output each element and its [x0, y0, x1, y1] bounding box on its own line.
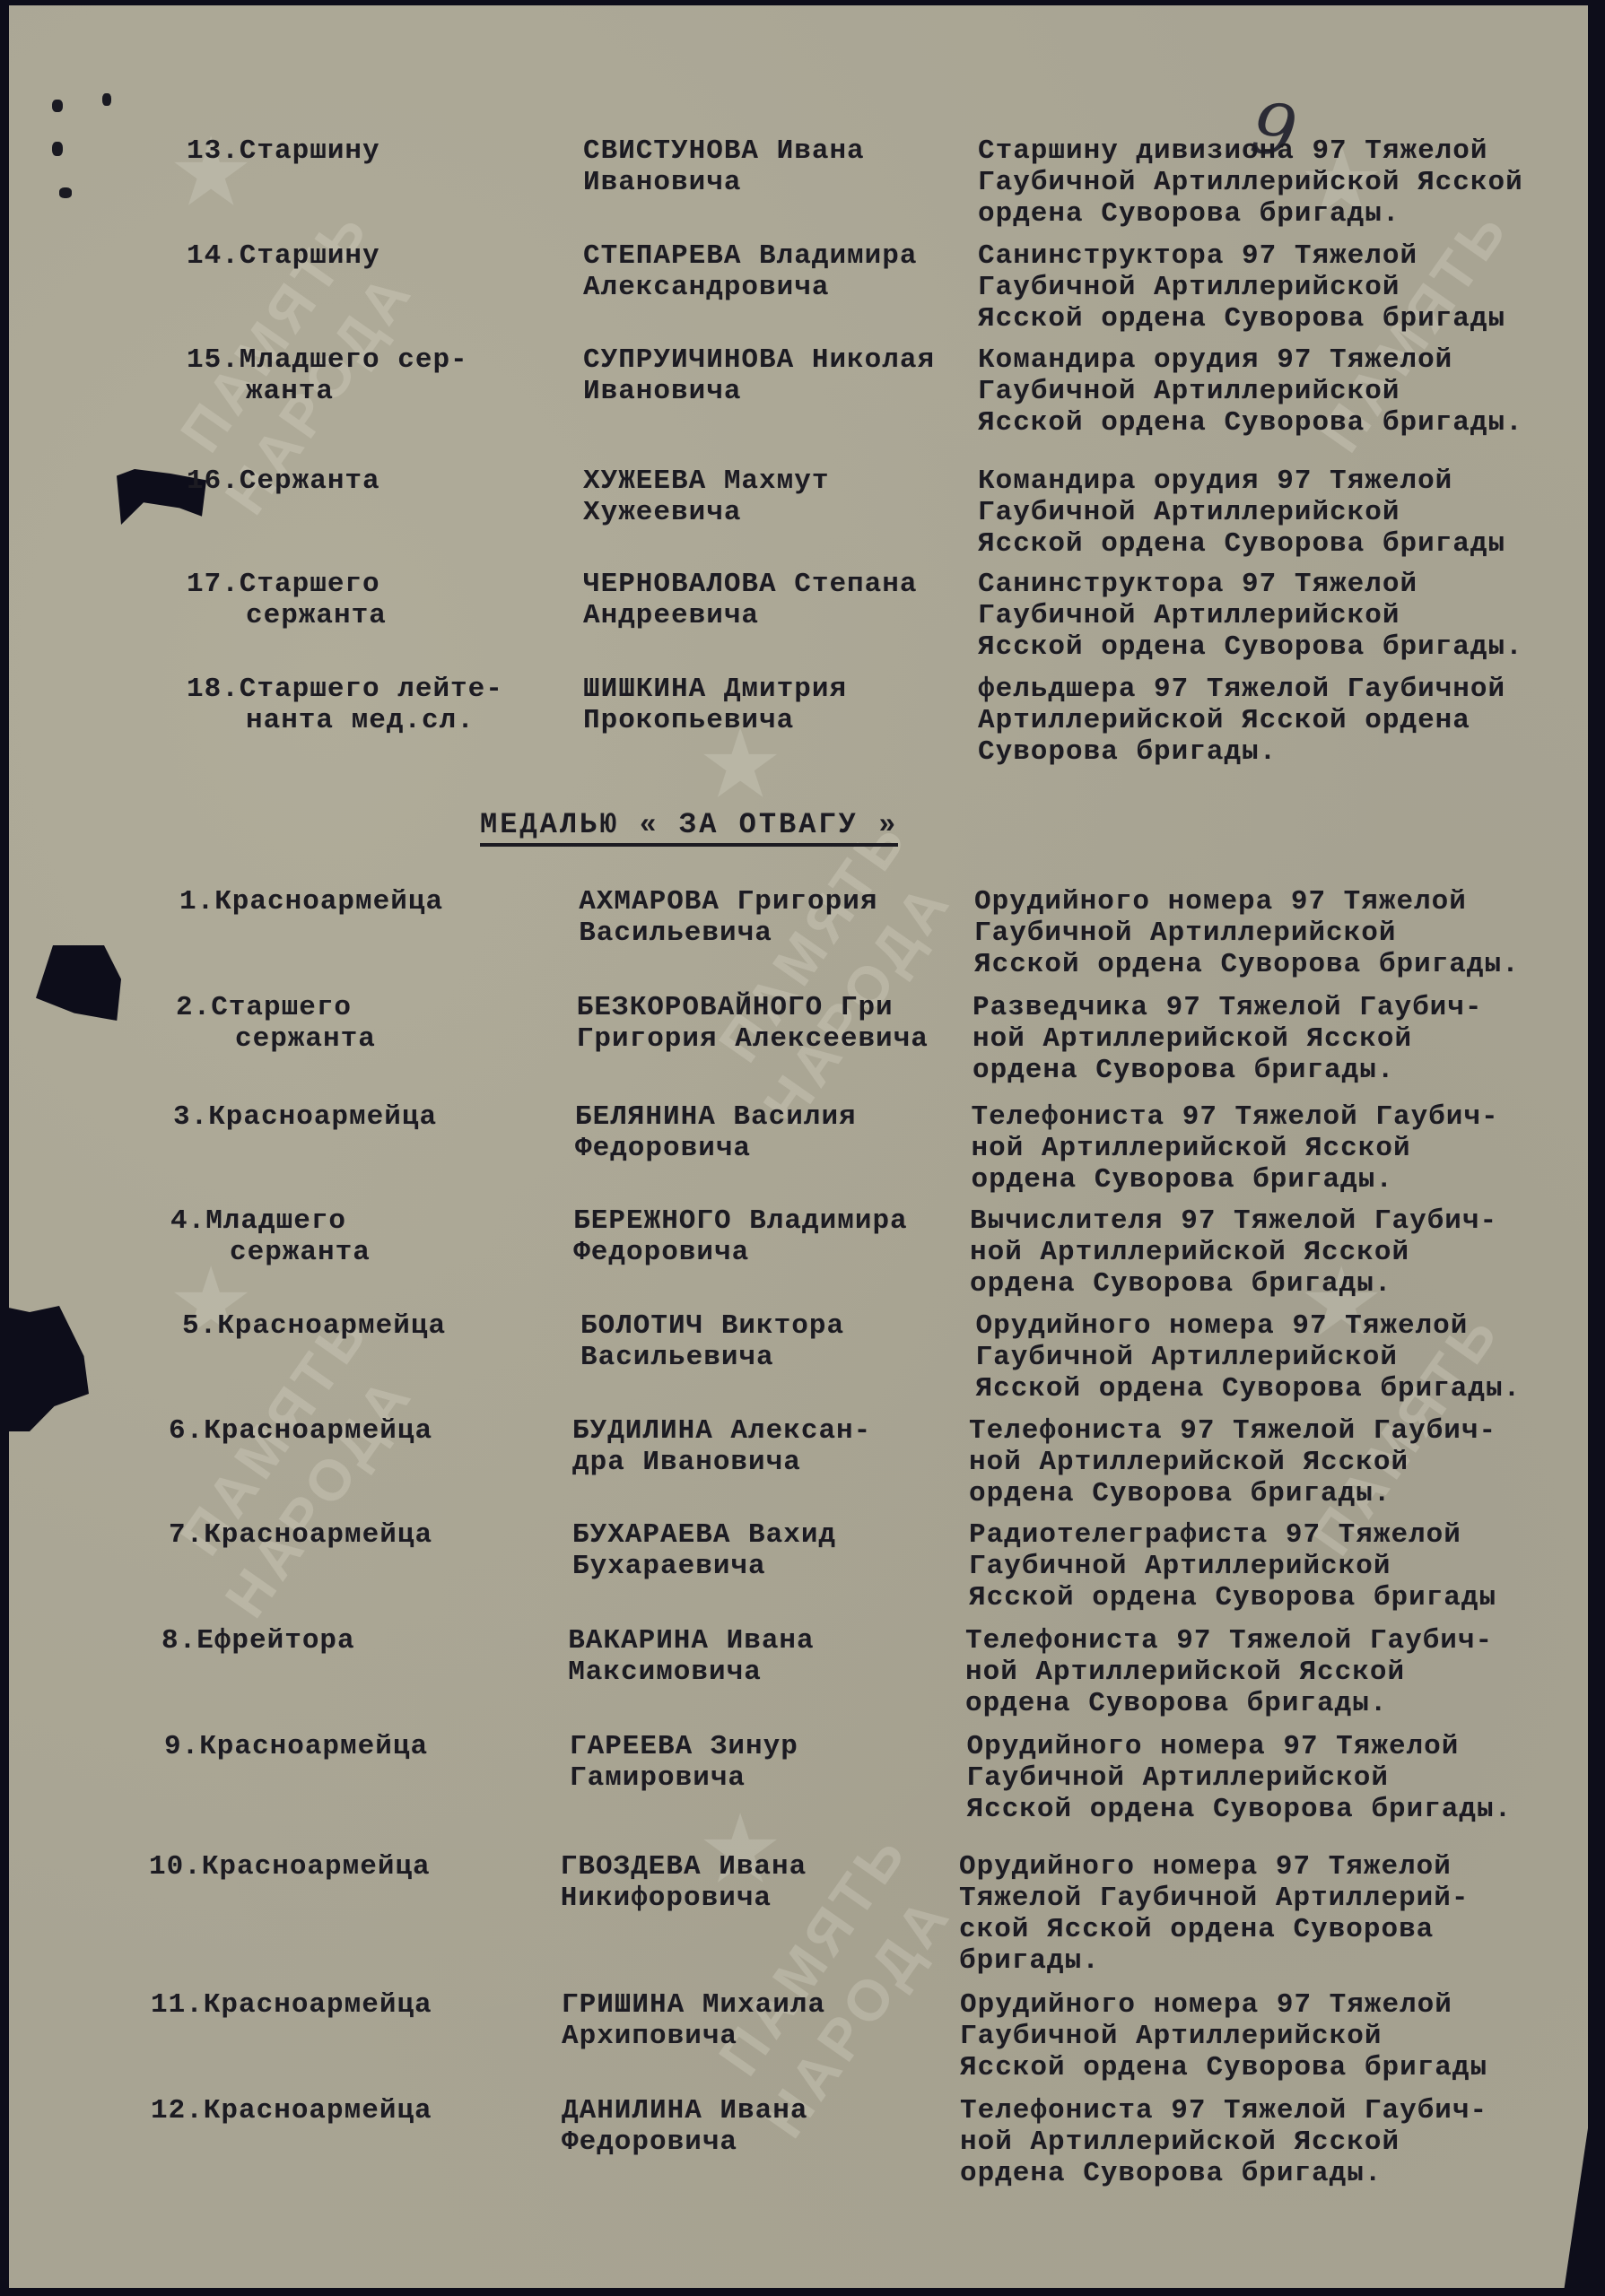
rank: 16.Сержанта — [187, 465, 563, 497]
awardee-name-line: Прокопьевича — [583, 705, 978, 736]
rank-line: нанта мед.сл. — [187, 705, 563, 736]
awardee-name: ГАРЕЕВА ЗинурГамировича — [570, 1731, 964, 1794]
awardee-name: ЧЕРНОВАЛОВА СтепанаАндреевича — [583, 569, 978, 631]
paper-tear — [0, 1306, 99, 1431]
award-description: Орудийного номера 97 ТяжелойГаубичной Ар… — [974, 886, 1593, 980]
award-description-line: ной Артиллерийской Ясской — [972, 1133, 1591, 1164]
awardee-name-line: Хужеевича — [583, 497, 978, 528]
awardee-name-line: Андреевича — [583, 600, 978, 631]
award-description-line: Телефониста 97 Тяжелой Гаубич- — [969, 1415, 1588, 1447]
rank: 8.Ефрейтора — [161, 1625, 538, 1657]
award-description: Радиотелеграфиста 97 ТяжелойГаубичной Ар… — [969, 1519, 1588, 1613]
award-description-line: Радиотелеграфиста 97 Тяжелой — [969, 1519, 1588, 1551]
award-description-line: Санинструктора 97 Тяжелой — [978, 569, 1597, 600]
awardee-name: БУХАРАЕВА ВахидБухараевича — [572, 1519, 967, 1582]
rank-line: 4.Младшего — [170, 1205, 547, 1237]
awardee-name: АХМАРОВА ГригорияВасильевича — [579, 886, 973, 949]
award-description-line: ордена Суворова бригады. — [970, 1268, 1589, 1300]
rank: 10.Красноармейца — [149, 1851, 526, 1883]
award-description-line: ской Ясской ордена Суворова — [959, 1914, 1578, 1945]
rank-line: 10.Красноармейца — [149, 1851, 526, 1883]
award-description-line: Гаубичной Артиллерийской — [976, 1342, 1595, 1373]
award-description-line: Старшину дивизиона 97 Тяжелой — [978, 135, 1597, 167]
award-description-line: Гаубичной Артиллерийской — [974, 918, 1593, 949]
award-description-line: Вычислителя 97 Тяжелой Гаубич- — [970, 1205, 1589, 1237]
awardee-name-line: Федоровича — [575, 1133, 970, 1164]
award-description-line: Санинструктора 97 Тяжелой — [978, 240, 1597, 272]
awardee-name-line: Александровича — [583, 272, 978, 303]
award-description-line: Гаубичной Артиллерийской Ясской — [978, 167, 1597, 198]
award-description-line: Гаубичной Артиллерийской — [978, 272, 1597, 303]
awardee-name: БЕРЕЖНОГО ВладимираФедоровича — [573, 1205, 968, 1268]
rank: 6.Красноармейца — [169, 1415, 545, 1447]
rank: 18.Старшего лейте-нанта мед.сл. — [187, 674, 563, 736]
award-description: фельдшера 97 Тяжелой ГаубичнойАртиллерий… — [978, 674, 1597, 768]
awardee-name-line: БЕРЕЖНОГО Владимира — [573, 1205, 968, 1237]
award-description: Санинструктора 97 ТяжелойГаубичной Артил… — [978, 240, 1597, 335]
award-description-line: ордена Суворова бригады. — [965, 1688, 1584, 1719]
award-description-line: ордена Суворова бригады. — [969, 1478, 1588, 1509]
award-description: Командира орудия 97 ТяжелойГаубичной Арт… — [978, 344, 1597, 439]
award-description: Телефониста 97 Тяжелой Гаубич-ной Артилл… — [960, 2095, 1579, 2189]
rank: 7.Красноармейца — [169, 1519, 545, 1551]
awardee-name-line: ГРИШИНА Михаила — [562, 1989, 956, 2021]
rank-line: 5.Красноармейца — [182, 1310, 559, 1342]
rank-line: 14.Старшину — [187, 240, 563, 272]
rank: 12.Красноармейца — [151, 2095, 528, 2126]
awardee-name: БОЛОТИЧ ВиктораВасильевича — [580, 1310, 975, 1373]
awardee-name-line: Васильевича — [579, 918, 973, 949]
punch-hole — [59, 187, 72, 198]
awardee-name: БЕЗКОРОВАЙНОГО ГриГригория Алексеевича — [577, 992, 972, 1055]
awardee-name-line: СТЕПАРЕВА Владимира — [583, 240, 978, 272]
awardee-name-line: Федоровича — [573, 1237, 968, 1268]
award-description-line: ной Артиллерийской Ясской — [970, 1237, 1589, 1268]
punch-hole — [52, 142, 63, 156]
awardee-name-line: ХУЖЕЕВА Махмут — [583, 465, 978, 497]
rank: 15.Младшего сер-жанта — [187, 344, 563, 407]
award-description-line: Суворова бригады. — [978, 736, 1597, 768]
award-description-line: Артиллерийской Ясской ордена — [978, 705, 1597, 736]
award-description-line: Гаубичной Артиллерийской — [978, 376, 1597, 407]
watermark: НАРОДА — [215, 1365, 423, 1626]
award-description: Телефониста 97 Тяжелой Гаубич-ной Артилл… — [972, 1101, 1591, 1196]
award-description: Орудийного номера 97 ТяжелойГаубичной Ар… — [976, 1310, 1595, 1405]
awardee-name-line: БОЛОТИЧ Виктора — [580, 1310, 975, 1342]
award-description-line: Ясской ордена Суворова бригады — [960, 2052, 1579, 2083]
awardee-name-line: ГАРЕЕВА Зинур — [570, 1731, 964, 1762]
rank: 13.Старшину — [187, 135, 563, 167]
award-description-line: Ясской ордена Суворова бригады. — [978, 407, 1597, 439]
document-page: ПАМЯТЬ НАРОДА ПАМЯТЬ НАРОДА ПАМЯТЬ НАРОД… — [9, 5, 1588, 2288]
rank-line: сержанта — [170, 1237, 547, 1268]
awardee-name-line: АХМАРОВА Григория — [579, 886, 973, 918]
punch-hole — [102, 93, 111, 106]
award-description-line: Гаубичной Артиллерийской — [967, 1762, 1586, 1794]
section-heading: МЕДАЛЬЮ « ЗА ОТВАГУ » — [480, 808, 898, 847]
award-description-line: Орудийного номера 97 Тяжелой — [967, 1731, 1586, 1762]
rank-line: 13.Старшину — [187, 135, 563, 167]
rank: 5.Красноармейца — [182, 1310, 559, 1342]
award-description-line: Ясской ордена Суворова бригады. — [967, 1794, 1586, 1825]
rank-line: 9.Красноармейца — [164, 1731, 541, 1762]
award-description: Командира орудия 97 ТяжелойГаубичной Арт… — [978, 465, 1597, 560]
award-description-line: ной Артиллерийской Ясской — [965, 1657, 1584, 1688]
rank: 17.Старшегосержанта — [187, 569, 563, 631]
award-description-line: Тяжелой Гаубичной Артиллерий- — [959, 1883, 1578, 1914]
award-description-line: Ясской ордена Суворова бригады — [969, 1582, 1588, 1613]
awardee-name-line: Ивановича — [583, 376, 978, 407]
award-description-line: Орудийного номера 97 Тяжелой — [974, 886, 1593, 918]
awardee-name-line: дра Ивановича — [572, 1447, 967, 1478]
awardee-name-line: ДАНИЛИНА Ивана — [562, 2095, 956, 2126]
awardee-name-line: БУДИЛИНА Алексан- — [572, 1415, 967, 1447]
awardee-name: ГРИШИНА МихаилаАрхиповича — [562, 1989, 956, 2052]
paper-tear — [36, 945, 121, 1021]
awardee-name-line: Ивановича — [583, 167, 978, 198]
awardee-name: ГВОЗДЕВА ИванаНикифоровича — [561, 1851, 955, 1914]
award-description-line: Ясской ордена Суворова бригады. — [976, 1373, 1595, 1405]
awardee-name-line: Максимовича — [568, 1657, 963, 1688]
rank-line: 8.Ефрейтора — [161, 1625, 538, 1657]
awardee-name-line: СВИСТУНОВА Ивана — [583, 135, 978, 167]
award-description-line: фельдшера 97 Тяжелой Гаубичной — [978, 674, 1597, 705]
award-description-line: Телефониста 97 Тяжелой Гаубич- — [965, 1625, 1584, 1657]
award-description-line: Телефониста 97 Тяжелой Гаубич- — [960, 2095, 1579, 2126]
award-description-line: Ясской ордена Суворова бригады. — [978, 631, 1597, 663]
rank-line: сержанта — [176, 1023, 553, 1055]
rank: 4.Младшегосержанта — [170, 1205, 547, 1268]
rank: 9.Красноармейца — [164, 1731, 541, 1762]
rank: 2.Старшегосержанта — [176, 992, 553, 1055]
awardee-name-line: ШИШКИНА Дмитрия — [583, 674, 978, 705]
rank-line: жанта — [187, 376, 563, 407]
award-description-line: Гаубичной Артиллерийской — [978, 497, 1597, 528]
awardee-name-line: БУХАРАЕВА Вахид — [572, 1519, 967, 1551]
award-description: Орудийного номера 97 ТяжелойГаубичной Ар… — [967, 1731, 1586, 1825]
awardee-name-line: ВАКАРИНА Ивана — [568, 1625, 963, 1657]
award-description-line: Гаубичной Артиллерийской — [969, 1551, 1588, 1582]
award-description-line: Орудийного номера 97 Тяжелой — [960, 1989, 1579, 2021]
award-description-line: Ясской ордена Суворова бригады — [978, 528, 1597, 560]
award-description: Вычислителя 97 Тяжелой Гаубич-ной Артилл… — [970, 1205, 1589, 1300]
award-description-line: Гаубичной Артиллерийской — [978, 600, 1597, 631]
award-description: Телефониста 97 Тяжелой Гаубич-ной Артилл… — [965, 1625, 1584, 1719]
award-description: Орудийного номера 97 ТяжелойТяжелой Гауб… — [959, 1851, 1578, 1977]
awardee-name-line: Васильевича — [580, 1342, 975, 1373]
awardee-name: СВИСТУНОВА ИванаИвановича — [583, 135, 978, 198]
rank-line: 12.Красноармейца — [151, 2095, 528, 2126]
award-description-line: Командира орудия 97 Тяжелой — [978, 344, 1597, 376]
punch-hole — [52, 100, 63, 112]
award-description-line: ордена Суворова бригады. — [973, 1055, 1592, 1086]
awardee-name: ХУЖЕЕВА МахмутХужеевича — [583, 465, 978, 528]
rank-line: сержанта — [187, 600, 563, 631]
award-description: Телефониста 97 Тяжелой Гаубич-ной Артилл… — [969, 1415, 1588, 1509]
rank: 11.Красноармейца — [151, 1989, 528, 2021]
award-description: Старшину дивизиона 97 ТяжелойГаубичной А… — [978, 135, 1597, 230]
rank: 1.Красноармейца — [179, 886, 556, 918]
awardee-name: СТЕПАРЕВА ВладимираАлександровича — [583, 240, 978, 303]
award-description-line: Разведчика 97 Тяжелой Гаубич- — [973, 992, 1592, 1023]
awardee-name-line: Бухараевича — [572, 1551, 967, 1582]
award-description-line: ордена Суворова бригады. — [960, 2158, 1579, 2189]
awardee-name-line: ГВОЗДЕВА Ивана — [561, 1851, 955, 1883]
award-description-line: Командира орудия 97 Тяжелой — [978, 465, 1597, 497]
star-watermark-icon: ★ — [170, 104, 251, 239]
rank-line: 1.Красноармейца — [179, 886, 556, 918]
award-description-line: Орудийного номера 97 Тяжелой — [976, 1310, 1595, 1342]
award-description-line: Ясской ордена Суворова бригады. — [974, 949, 1593, 980]
awardee-name: СУПРУИЧИНОВА НиколаяИвановича — [583, 344, 978, 407]
rank-line: 6.Красноармейца — [169, 1415, 545, 1447]
rank-line: 16.Сержанта — [187, 465, 563, 497]
rank-line: 2.Старшего — [176, 992, 553, 1023]
awardee-name-line: Гамировича — [570, 1762, 964, 1794]
rank: 3.Красноармейца — [173, 1101, 550, 1133]
awardee-name-line: Архиповича — [562, 2021, 956, 2052]
awardee-name-line: СУПРУИЧИНОВА Николая — [583, 344, 978, 376]
rank-line: 15.Младшего сер- — [187, 344, 563, 376]
awardee-name: ВАКАРИНА ИванаМаксимовича — [568, 1625, 963, 1688]
rank-line: 3.Красноармейца — [173, 1101, 550, 1133]
watermark: ПАМЯТЬ — [170, 199, 379, 462]
awardee-name-line: Федоровича — [562, 2126, 956, 2158]
award-description-line: Ясской ордена Суворова бригады — [978, 303, 1597, 335]
awardee-name-line: Григория Алексеевича — [577, 1023, 972, 1055]
rank-line: 11.Красноармейца — [151, 1989, 528, 2021]
awardee-name-line: ЧЕРНОВАЛОВА Степана — [583, 569, 978, 600]
award-description-line: ордена Суворова бригады. — [978, 198, 1597, 230]
award-description-line: ордена Суворова бригады. — [972, 1164, 1591, 1196]
rank-line: 17.Старшего — [187, 569, 563, 600]
award-description-line: бригады. — [959, 1945, 1578, 1977]
award-description: Разведчика 97 Тяжелой Гаубич-ной Артилле… — [973, 992, 1592, 1086]
award-description-line: ной Артиллерийской Ясской — [969, 1447, 1588, 1478]
awardee-name-line: БЕЗКОРОВАЙНОГО Гри — [577, 992, 972, 1023]
award-description-line: ной Артиллерийской Ясской — [960, 2126, 1579, 2158]
awardee-name-line: Никифоровича — [561, 1883, 955, 1914]
award-description: Санинструктора 97 ТяжелойГаубичной Артил… — [978, 569, 1597, 663]
awardee-name-line: БЕЛЯНИНА Василия — [575, 1101, 970, 1133]
rank-line: 18.Старшего лейте- — [187, 674, 563, 705]
award-description-line: Телефониста 97 Тяжелой Гаубич- — [972, 1101, 1591, 1133]
awardee-name: ШИШКИНА ДмитрияПрокопьевича — [583, 674, 978, 736]
award-description-line: ной Артиллерийской Ясской — [973, 1023, 1592, 1055]
awardee-name: БЕЛЯНИНА ВасилияФедоровича — [575, 1101, 970, 1164]
award-description-line: Орудийного номера 97 Тяжелой — [959, 1851, 1578, 1883]
rank: 14.Старшину — [187, 240, 563, 272]
award-description: Орудийного номера 97 ТяжелойГаубичной Ар… — [960, 1989, 1579, 2083]
award-description-line: Гаубичной Артиллерийской — [960, 2021, 1579, 2052]
rank-line: 7.Красноармейца — [169, 1519, 545, 1551]
awardee-name: БУДИЛИНА Алексан-дра Ивановича — [572, 1415, 967, 1478]
awardee-name: ДАНИЛИНА ИванаФедоровича — [562, 2095, 956, 2158]
